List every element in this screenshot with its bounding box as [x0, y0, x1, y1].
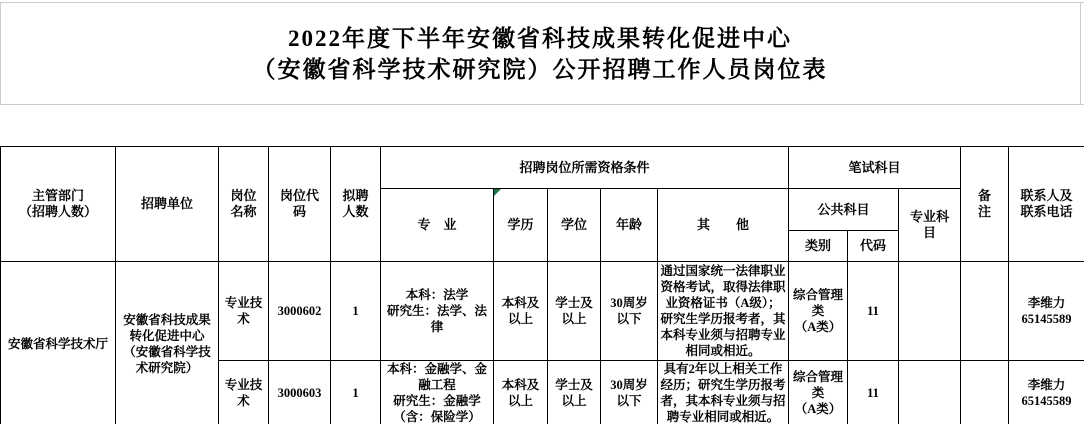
excel-flag-icon	[494, 189, 501, 196]
header-professional-subject: 专业科 目	[899, 189, 961, 262]
header-job-code: 岗位代 码	[269, 147, 331, 262]
page: 2022年度下半年安徽省科技成果转化促进中心 （安徽省科学技术研究院）公开招聘工…	[0, 0, 1084, 424]
cell-major: 本科：金融学、金 融工程 研究生：金融学 （含：保险学）	[381, 361, 494, 424]
cell-code: 11	[848, 361, 899, 424]
cell-age: 30周岁 以下	[601, 262, 658, 361]
cell-professional-subject	[899, 361, 961, 424]
cell-job-title: 专业技 术	[219, 361, 269, 424]
cell-headcount: 1	[331, 361, 381, 424]
cell-remark	[961, 361, 1009, 424]
cell-contact: 李维力 65145589	[1009, 262, 1084, 361]
cell-degree: 学士及 以上	[548, 262, 601, 361]
cell-category: 综合管理 类 （A类）	[789, 361, 848, 424]
cell-headcount: 1	[331, 262, 381, 361]
header-education: 学历	[494, 189, 548, 262]
header-category: 类别	[789, 231, 848, 262]
cell-major: 本科：法学 研究生：法学、法律	[381, 262, 494, 361]
page-title: 2022年度下半年安徽省科技成果转化促进中心 （安徽省科学技术研究院）公开招聘工…	[0, 3, 1080, 104]
cell-code: 11	[848, 262, 899, 361]
cell-other: 通过国家统一法律职业资格考试，取得法律职业资格证书（A级）；研究生学历报考者，其…	[658, 262, 789, 361]
positions-table: 主管部门 （招聘人数） 招聘单位 岗位 名称 岗位代 码 拟聘 人数 招聘岗位所…	[0, 146, 1084, 424]
header-age: 年龄	[601, 189, 658, 262]
header-contact: 联系人及 联系电话	[1009, 147, 1084, 262]
header-qualifications-group: 招聘岗位所需资格条件	[381, 147, 789, 189]
header-other: 其 他	[658, 189, 789, 262]
cell-degree: 学士及 以上	[548, 361, 601, 424]
title-line-1: 2022年度下半年安徽省科技成果转化促进中心	[288, 23, 792, 54]
header-remark: 备 注	[961, 147, 1009, 262]
header-dept: 主管部门 （招聘人数）	[1, 147, 116, 262]
header-public-subject: 公共科目	[789, 189, 899, 231]
cell-other: 具有2年以上相关工作经历；研究生学历报考者，其本科专业须与招聘专业相同或相近。	[658, 361, 789, 424]
cell-education: 本科及 以上	[494, 262, 548, 361]
header-degree: 学位	[548, 189, 601, 262]
header-written-exam-group: 笔试科目	[789, 147, 961, 189]
cell-category: 综合管理 类 （A类）	[789, 262, 848, 361]
cell-remark	[961, 262, 1009, 361]
header-code: 代码	[848, 231, 899, 262]
cell-unit: 安徽省科技成果 转化促进中心 （安徽省科学技 术研究院）	[116, 262, 219, 424]
cell-education: 本科及 以上	[494, 361, 548, 424]
header-major: 专 业	[381, 189, 494, 262]
header-education-label: 学历	[507, 217, 533, 232]
header-row-1: 主管部门 （招聘人数） 招聘单位 岗位 名称 岗位代 码 拟聘 人数 招聘岗位所…	[1, 147, 1084, 189]
cell-job-title: 专业技 术	[219, 262, 269, 361]
cell-job-code: 3000602	[269, 262, 331, 361]
header-unit: 招聘单位	[116, 147, 219, 262]
title-line-2: （安徽省科学技术研究院）公开招聘工作人员岗位表	[253, 54, 828, 85]
gridline-bottom	[0, 104, 1084, 105]
header-job-title: 岗位 名称	[219, 147, 269, 262]
cell-age: 30周岁 以下	[601, 361, 658, 424]
cell-job-code: 3000603	[269, 361, 331, 424]
cell-professional-subject	[899, 262, 961, 361]
header-headcount: 拟聘 人数	[331, 147, 381, 262]
cell-contact: 李维力 65145589	[1009, 361, 1084, 424]
cell-department: 安徽省科学技术厅	[1, 262, 116, 424]
gridline-right	[1080, 2, 1081, 104]
table-row: 安徽省科学技术厅 安徽省科技成果 转化促进中心 （安徽省科学技 术研究院） 专业…	[1, 262, 1084, 361]
